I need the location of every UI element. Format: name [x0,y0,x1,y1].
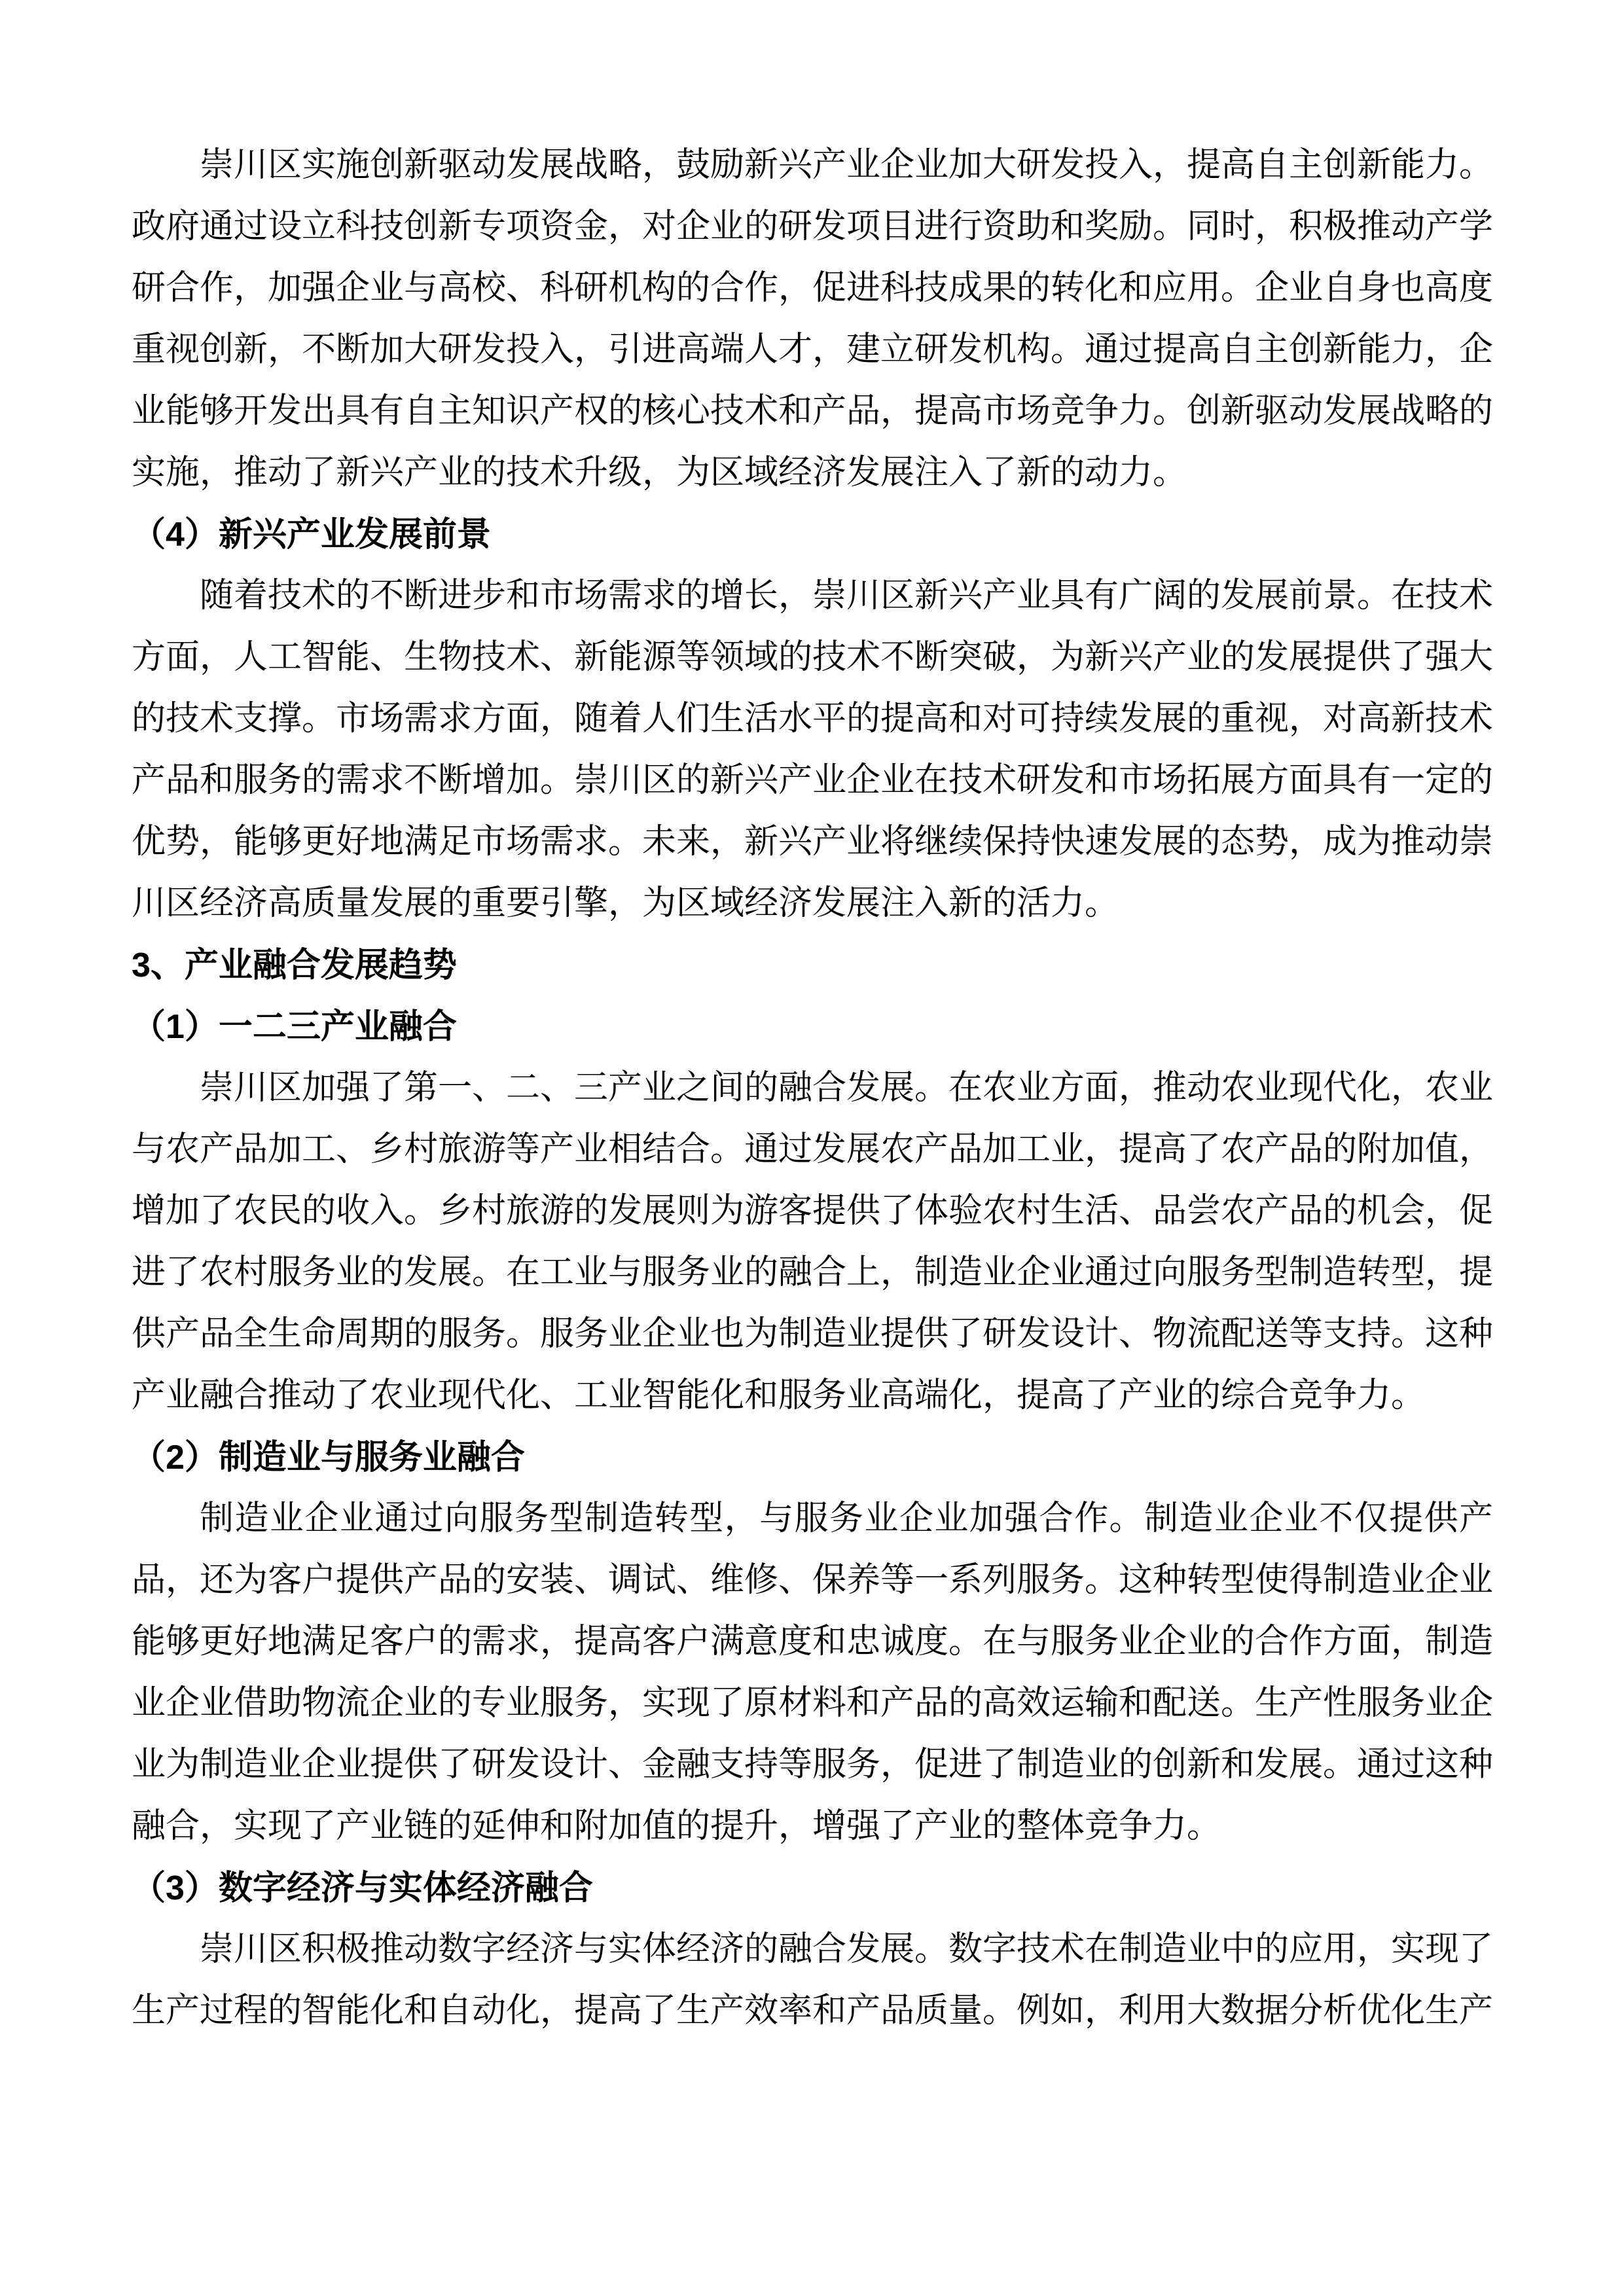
paragraph-three-industry-integration: 崇川区加强了第一、二、三产业之间的融合发展。在农业方面，推动农业现代化，农业与农… [132,1058,1493,1427]
heading-2-manufacturing-service-integration: （2）制造业与服务业融合 [132,1427,1493,1488]
heading-4-emerging-industry-prospects: （4）新兴产业发展前景 [132,504,1493,565]
paragraph-innovation-driven-strategy: 崇川区实施创新驱动发展战略，鼓励新兴产业企业加大研发投入，提高自主创新能力。政府… [132,135,1493,504]
document-page: 崇川区实施创新驱动发展战略，鼓励新兴产业企业加大研发投入，提高自主创新能力。政府… [0,0,1624,2296]
paragraph-digital-real-economy-integration: 崇川区积极推动数字经济与实体经济的融合发展。数字技术在制造业中的应用，实现了生产… [132,1919,1493,2042]
paragraph-emerging-industry-prospects: 随着技术的不断进步和市场需求的增长，崇川区新兴产业具有广阔的发展前景。在技术方面… [132,565,1493,935]
paragraph-manufacturing-service-integration: 制造业企业通过向服务型制造转型，与服务业企业加强合作。制造业企业不仅提供产品，还… [132,1488,1493,1857]
heading-3-digital-real-economy-integration: （3）数字经济与实体经济融合 [132,1857,1493,1919]
heading-1-three-industry-integration: （1）一二三产业融合 [132,996,1493,1058]
heading-3-industry-integration-trends: 3、产业融合发展趋势 [132,935,1493,996]
